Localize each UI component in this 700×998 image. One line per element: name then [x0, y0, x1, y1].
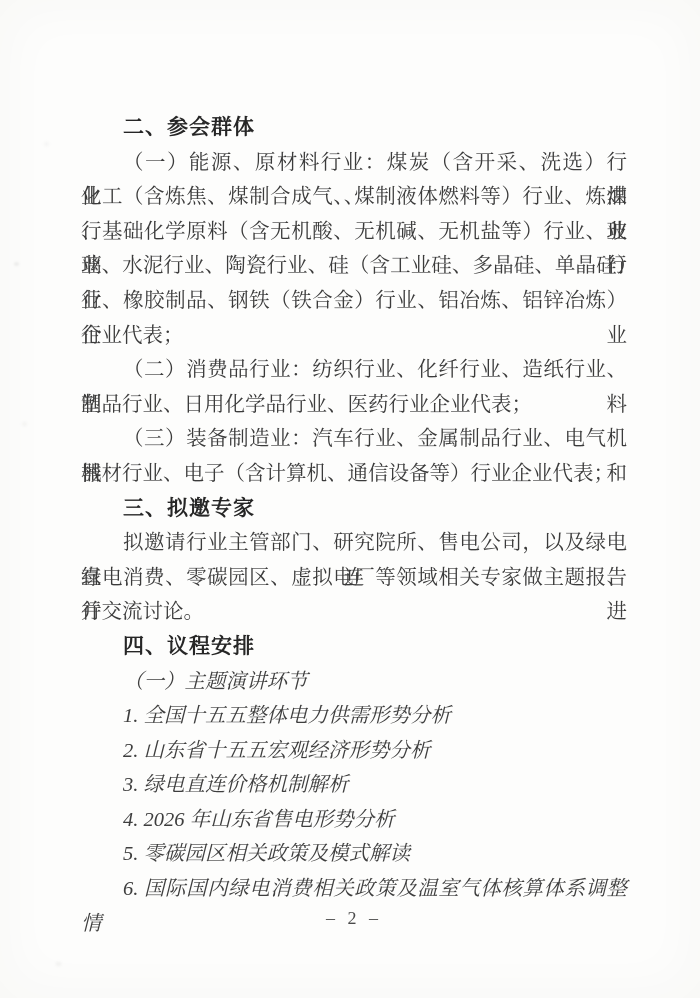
- document-page: 二、参会群体 （一）能源、原材料行业：煤炭（含开采、洗选）行业、煤 化工（含炼焦…: [0, 0, 700, 998]
- participants-equipment-line: （三）装备制造业：汽车行业、金属制品行业、电气机械和: [81, 422, 627, 457]
- participants-consumer-line: （二）消费品行业：纺织行业、化纤行业、造纸行业、塑料: [81, 353, 627, 388]
- page-number: – 2 –: [81, 903, 627, 933]
- agenda-item-1: 1. 全国十五五整体电力供需形势分析: [81, 699, 627, 734]
- section-heading-participants: 二、参会群体: [81, 111, 627, 146]
- participants-equipment-line: 器材行业、电子（含计算机、通信设备等）行业企业代表；: [81, 457, 627, 492]
- experts-paragraph-line: 拟邀请行业主管部门、研究院所、售电公司，以及绿电直连、: [81, 526, 627, 561]
- participants-energy-line: 化工（含炼焦、煤制合成气、煤制液体燃料等）行业、炼油行业: [81, 180, 627, 215]
- agenda-item-5: 5. 零碳园区相关政策及模式解读: [81, 837, 627, 872]
- participants-energy-line: 业、橡胶制品、钢铁（铁合金）行业、铝冶炼、铝锌冶炼）行业: [81, 284, 627, 319]
- section-heading-agenda: 四、议程安排: [81, 630, 627, 665]
- agenda-subheading-keynote: （一）主题演讲环节: [81, 665, 627, 700]
- agenda-item-4: 4. 2026 年山东省售电形势分析: [81, 803, 627, 838]
- participants-energy-line: （一）能源、原材料行业：煤炭（含开采、洗选）行业、煤: [81, 146, 627, 181]
- section-heading-experts: 三、拟邀专家: [81, 492, 627, 527]
- agenda-item-2: 2. 山东省十五五宏观经济形势分析: [81, 734, 627, 769]
- document-body: 二、参会群体 （一）能源、原材料行业：煤炭（含开采、洗选）行业、煤 化工（含炼焦…: [81, 111, 627, 907]
- agenda-item-6: 6. 国际国内绿电消费相关政策及温室气体核算体系调整情: [81, 872, 627, 907]
- participants-energy-line: 业、水泥行业、陶瓷行业、硅（含工业硅、多晶硅、单晶硅）行: [81, 249, 627, 284]
- agenda-item-3: 3. 绿电直连价格机制解析: [81, 768, 627, 803]
- experts-paragraph-line: 绿电消费、零碳园区、虚拟电厂等领域相关专家做主题报告并进: [81, 561, 627, 596]
- participants-energy-line: 、基础化学原料（含无机酸、无机碱、无机盐等）行业、玻璃行: [81, 215, 627, 250]
